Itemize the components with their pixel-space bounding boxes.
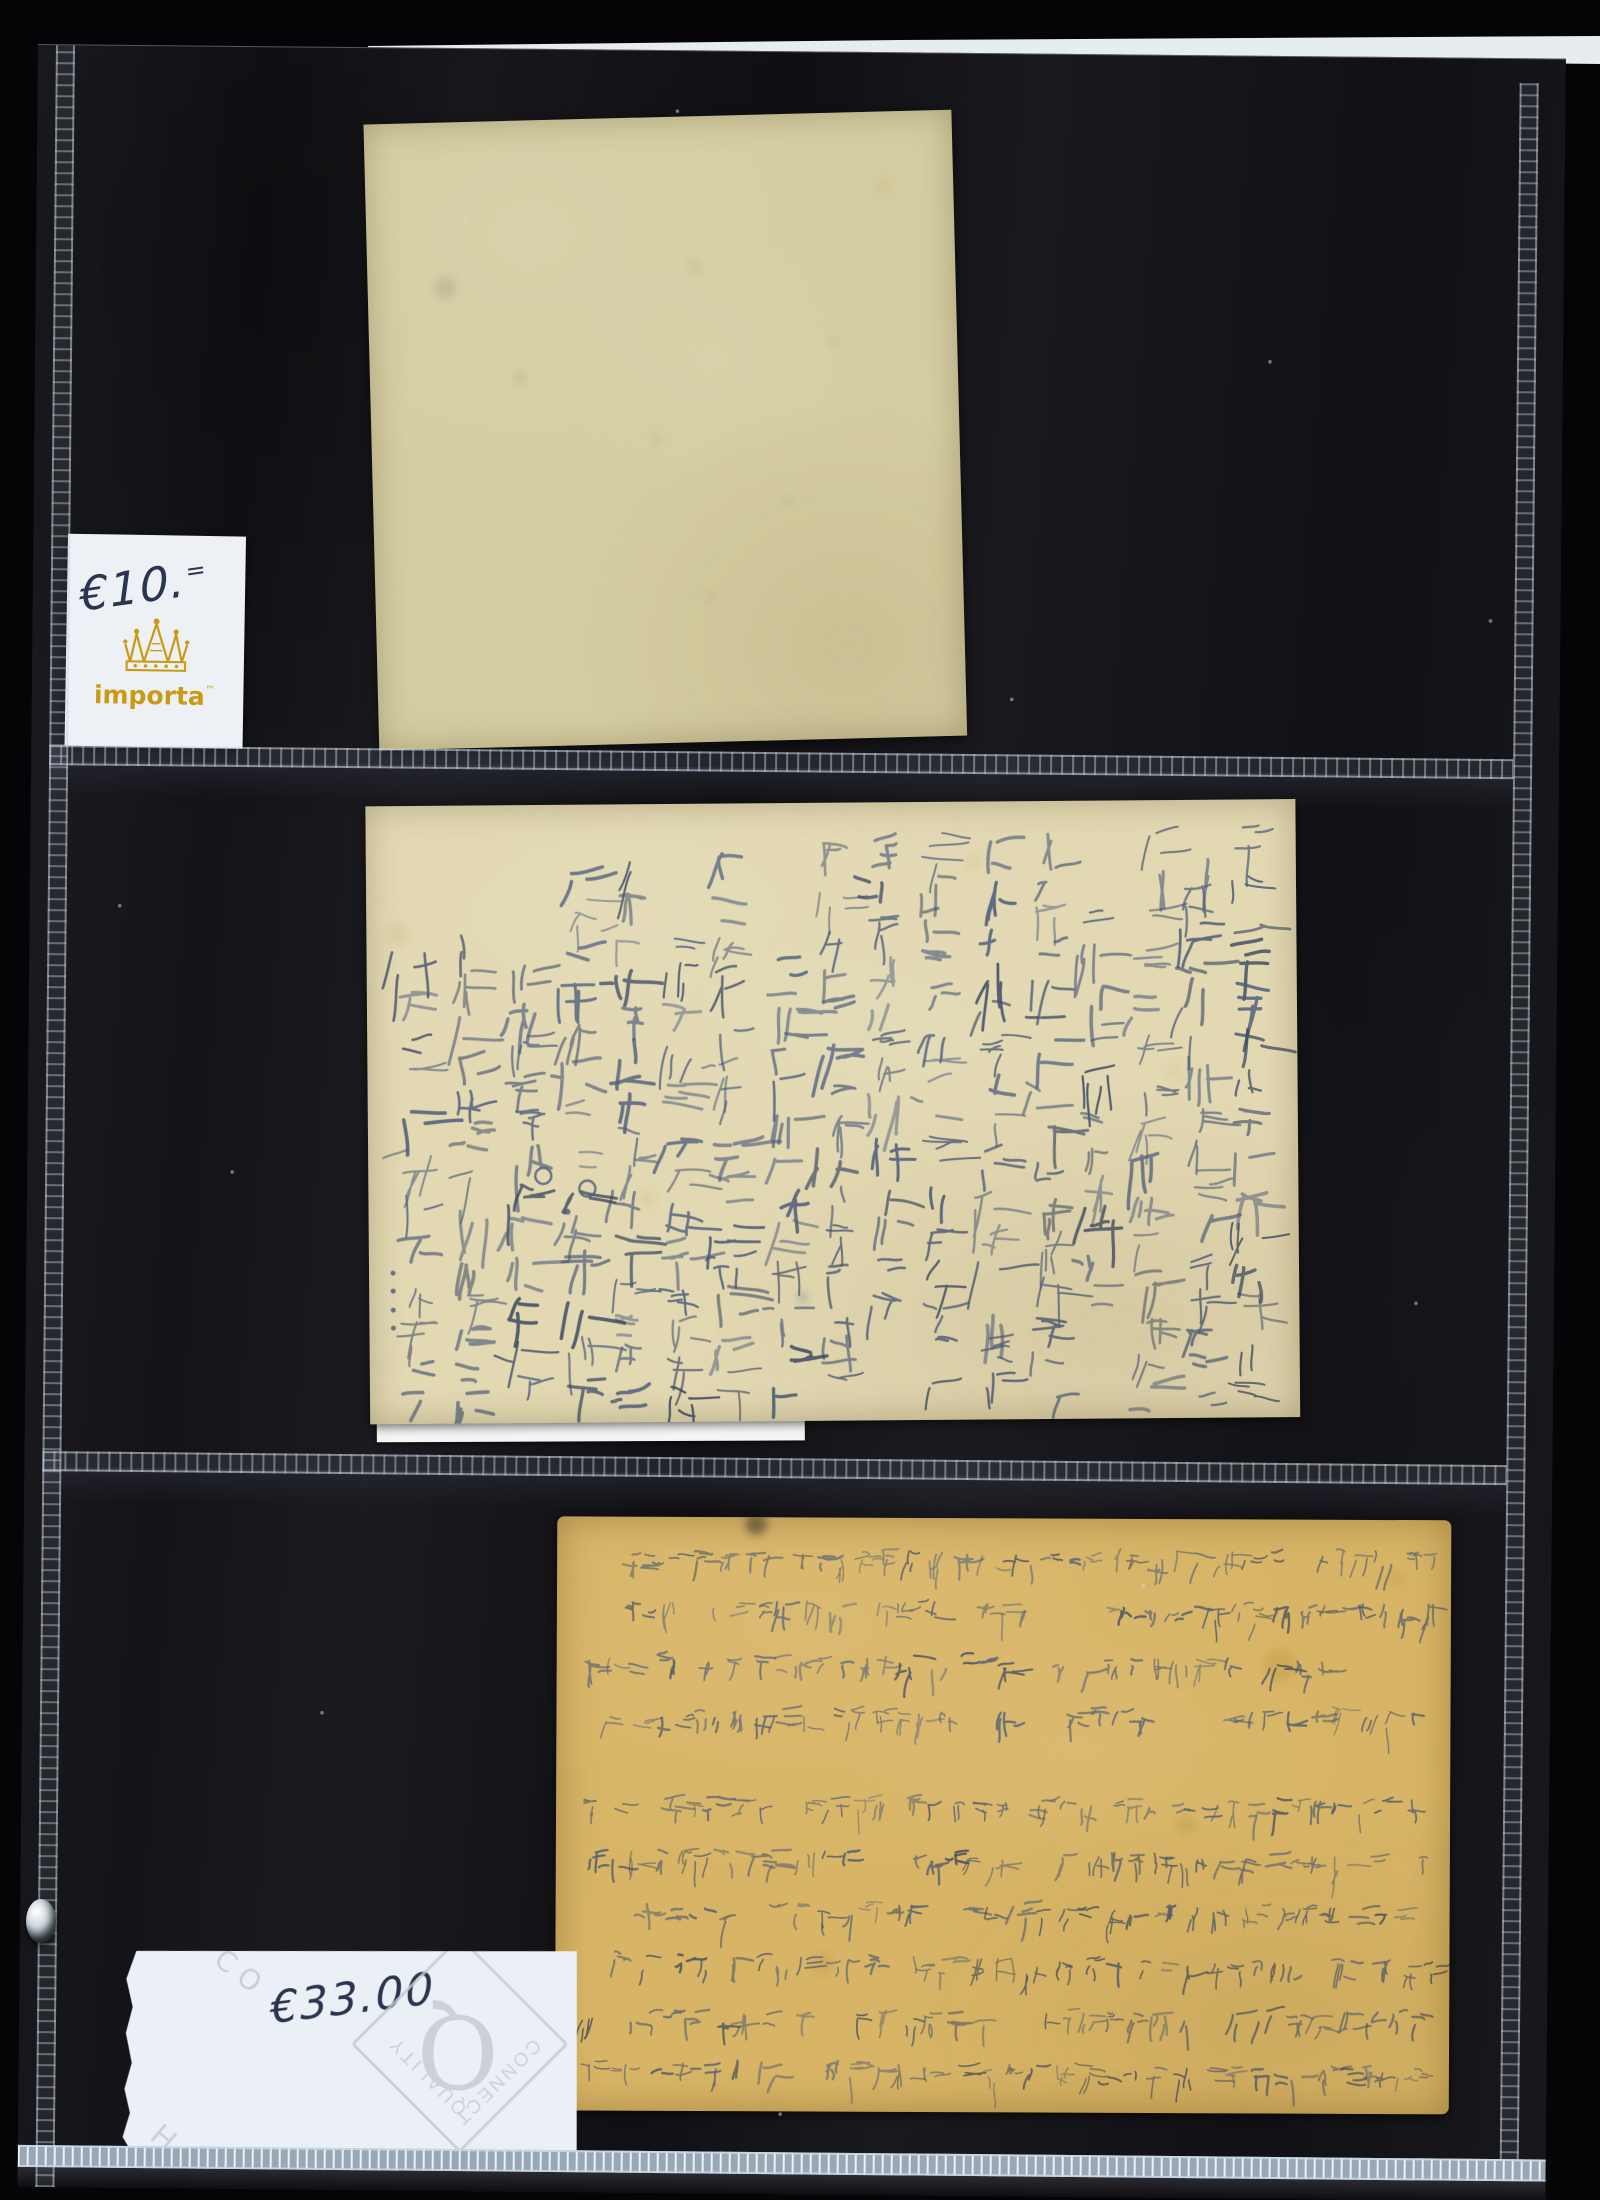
trademark-sign: ™ <box>205 685 215 696</box>
watermark-partial-letters: CO <box>208 1951 275 2005</box>
postcard-handwritten-vertical <box>365 799 1300 1424</box>
album-sleeve-page: €10.= importa™ CO €33.00 <box>17 44 1566 2200</box>
handwritten-price: €10.= <box>78 550 208 622</box>
price-label-10: €10.= importa™ <box>65 534 246 749</box>
sleeve-seam-right <box>1500 83 1539 2175</box>
price-terminator: = <box>185 555 207 586</box>
watermark-word-quality: QUALITY <box>384 2031 472 2119</box>
importa-crown-icon <box>113 614 200 679</box>
importa-logo-text: importa™ <box>65 680 243 712</box>
price-amount: €10. <box>78 553 186 622</box>
handwritten-price: €33.00 <box>270 1963 436 2034</box>
postcard-blank-back <box>363 110 967 751</box>
postcard-surface <box>363 110 967 751</box>
postcard-handwritten-sideways <box>555 1516 1452 2114</box>
sleeve-seam-left <box>35 45 75 2187</box>
binder-ring <box>26 1899 56 1943</box>
album-page-scan: €10.= importa™ CO €33.00 <box>0 0 1600 2200</box>
brand-name: importa <box>94 680 205 711</box>
price-label-33: CO €33.00 Q CONNECT QUALITY H <box>122 1951 577 2151</box>
watermark-word-connect: CONNECT <box>448 2034 545 2131</box>
handwritten-japanese-calligraphy <box>555 1516 1452 2114</box>
handwritten-japanese-calligraphy <box>365 799 1300 1424</box>
